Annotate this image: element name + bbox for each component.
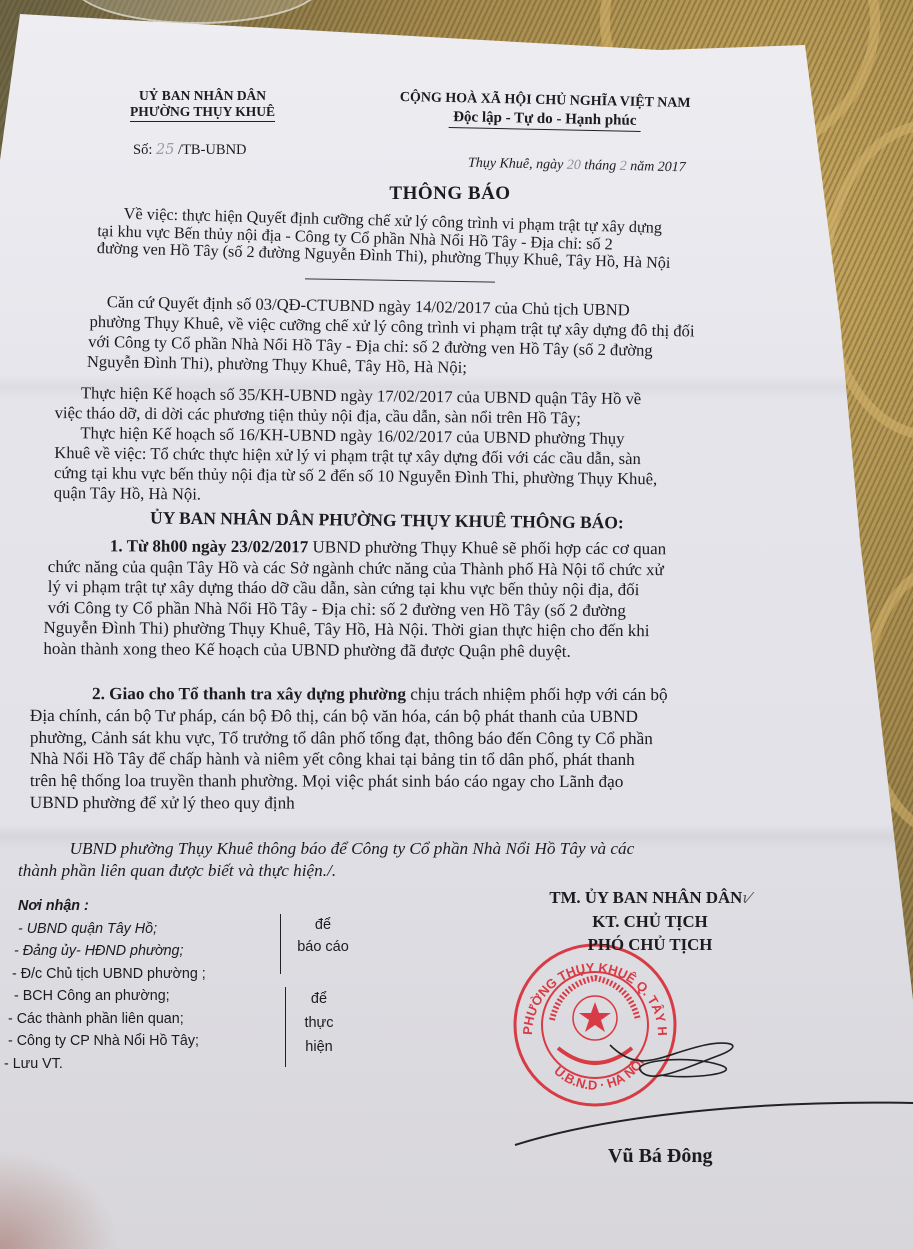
- item-1: 1. Từ 8h00 ngày 23/02/2017 UBND phường T…: [47, 536, 666, 663]
- item-2-line: Nhà Nổi Hồ Tây để chấp hành và niêm yết …: [30, 748, 668, 771]
- closing-line: UBND phường Thụy Khuê thông báo để Công …: [18, 838, 634, 860]
- item-1-rest: UBND phường Thụy Khuê sẽ phối hợp các cơ…: [308, 537, 666, 558]
- purpose-word: để: [294, 987, 344, 1011]
- purpose-word: hiện: [294, 1035, 344, 1059]
- signer-name: Vũ Bá Đông: [608, 1145, 712, 1168]
- purpose-word: để: [288, 914, 358, 936]
- purpose-word: báo cáo: [288, 936, 358, 958]
- handwritten-signature-icon: [460, 1015, 913, 1155]
- sign-line-1: TM. ỦY BAN NHÂN DÂN: [549, 888, 742, 907]
- item-2-line: UBND phường để xử lý theo quy định: [30, 792, 668, 815]
- recipient-item: - BCH Công an phường;: [4, 985, 206, 1008]
- finger-shadow: [0, 1150, 120, 1249]
- date-place: Thụy Khuê, ngày: [468, 156, 564, 173]
- item-1-lead: 1. Từ 8h00 ngày 23/02/2017: [110, 536, 308, 556]
- legal-basis: Căn cứ Quyết định số 03/QĐ-CTUBND ngày 1…: [94, 292, 695, 381]
- date-month: 2: [620, 159, 627, 174]
- issuer-header: UỶ BAN NHÂN DÂN PHƯỜNG THỤY KHUÊ: [95, 88, 310, 122]
- item-2-lead: 2. Giao cho Tổ thanh tra xây dựng phường: [92, 684, 406, 704]
- document-title: THÔNG BÁO: [300, 183, 600, 205]
- purpose-report: để báo cáo: [288, 914, 358, 958]
- item-2-line: trên hệ thống loa truyền thanh phường. M…: [30, 770, 668, 793]
- document-number: Số: 25 /TB-UBND: [133, 142, 247, 159]
- purpose-execute: để thực hiện: [294, 987, 344, 1059]
- closing-paragraph: UBND phường Thụy Khuê thông báo để Công …: [18, 838, 634, 882]
- sign-line-2: KT. CHỦ TỊCH: [500, 910, 800, 933]
- item-2-rest: chịu trách nhiệm phối hợp với cán bộ: [406, 685, 668, 704]
- item-1-line: hoàn thành xong theo Kế hoạch của UBND p…: [43, 639, 665, 663]
- date-year: năm 2017: [630, 159, 686, 175]
- signature-block: TM. ỦY BAN NHÂN DÂNɩ⁄ KT. CHỦ TỊCH PHÓ C…: [500, 886, 800, 956]
- number-handwritten: 25: [156, 142, 174, 158]
- item-2-line: Địa chính, cán bộ Tư pháp, cán bộ Đô thị…: [30, 705, 668, 728]
- item-2: 2. Giao cho Tổ thanh tra xây dựng phường…: [30, 683, 668, 815]
- sign-line-3: PHÓ CHỦ TỊCH: [500, 933, 800, 956]
- bracket-line: [285, 987, 286, 1067]
- closing-line: thành phần liên quan được biết và thực h…: [18, 860, 634, 882]
- recipient-item: - Đảng ủy- HĐND phường;: [4, 940, 206, 963]
- recipient-item: - UBND quận Tây Hồ;: [4, 918, 206, 941]
- recipients-heading: Nơi nhận :: [4, 895, 206, 918]
- issuer-line-2: PHƯỜNG THỤY KHUÊ: [130, 104, 275, 122]
- date-day: 20: [567, 158, 581, 173]
- recipient-item: - Các thành phần liên quan;: [4, 1008, 206, 1031]
- recipient-item: - Đ/c Chủ tịch UBND phường ;: [4, 963, 206, 986]
- implementation-plans: Thực hiện Kế hoạch số 35/KH-UBND ngày 17…: [54, 383, 658, 509]
- item-1-line: lý vi phạm trật tự xây dựng tháo dỡ cầu …: [48, 577, 666, 601]
- purpose-word: thực: [294, 1011, 344, 1035]
- date-month-label: tháng: [584, 158, 616, 174]
- initial-mark: ɩ⁄: [742, 889, 750, 907]
- recipients-list: Nơi nhận : - UBND quận Tây Hồ; - Đảng ủy…: [4, 895, 206, 1075]
- bracket-line: [280, 914, 281, 974]
- recipient-item: - Lưu VT.: [4, 1053, 206, 1076]
- issuer-line-1: UỶ BAN NHÂN DÂN: [95, 88, 310, 104]
- recipient-item: - Công ty CP Nhà Nổi Hồ Tây;: [4, 1030, 206, 1053]
- number-suffix: /TB-UBND: [178, 142, 246, 158]
- number-prefix: Số:: [133, 142, 152, 158]
- item-2-line: phường, Cảnh sát khu vực, Tổ trưởng tổ d…: [30, 727, 668, 750]
- national-motto: Độc lập - Tự do - Hạnh phúc: [449, 108, 641, 132]
- national-header: CỘNG HOÀ XÃ HỘI CHỦ NGHĨA VIỆT NAM Độc l…: [350, 88, 741, 134]
